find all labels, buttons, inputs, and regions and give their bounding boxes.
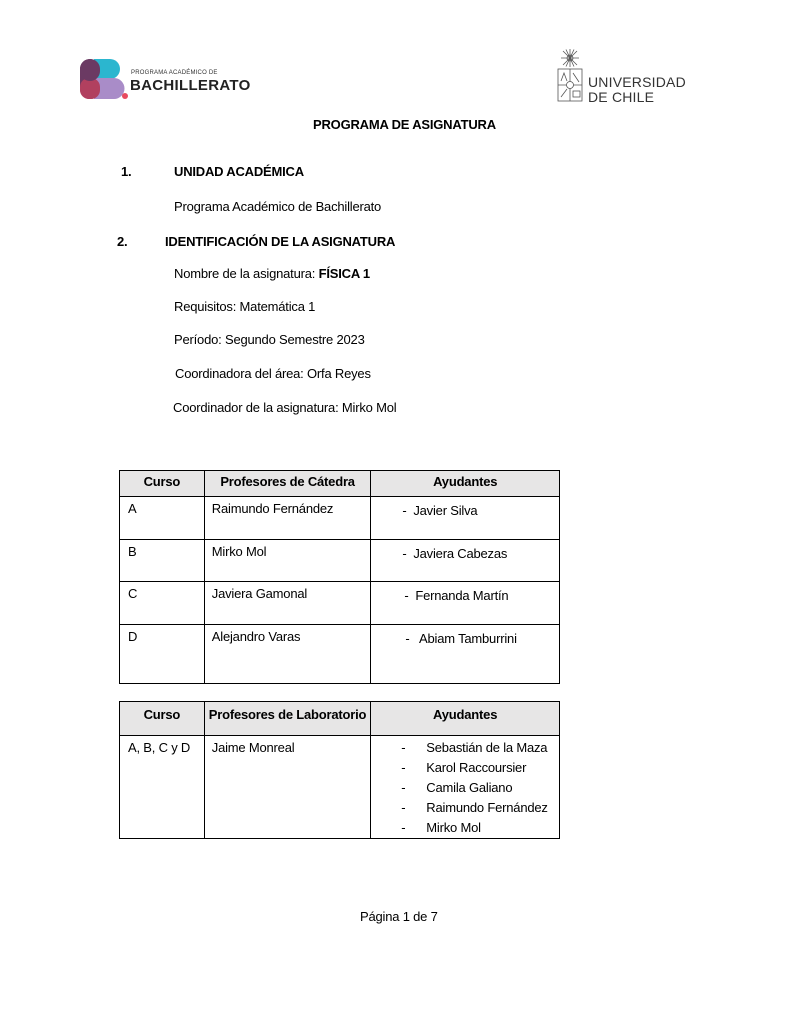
laboratorio-table: Curso Profesores de Laboratorio Ayudante… bbox=[119, 701, 560, 839]
cell-ayudantes: - Javiera Cabezas bbox=[371, 540, 560, 582]
field-periodo: Período: Segundo Semestre 2023 bbox=[174, 332, 365, 348]
cell-profesor: Javiera Gamonal bbox=[204, 582, 371, 625]
header-ayudantes: Ayudantes bbox=[371, 471, 560, 497]
catedra-table: Curso Profesores de Cátedra Ayudantes A … bbox=[119, 470, 560, 684]
field-value: FÍSICA 1 bbox=[319, 266, 370, 281]
cell-profesor: Mirko Mol bbox=[204, 540, 371, 582]
cell-ayudantes: - Javier Silva bbox=[371, 497, 560, 540]
section2-heading: IDENTIFICACIÓN DE LA ASIGNATURA bbox=[165, 234, 395, 250]
page-title: PROGRAMA DE ASIGNATURA bbox=[313, 117, 496, 133]
cell-ayudantes: -Sebastián de la Maza -Karol Raccoursier… bbox=[371, 736, 560, 839]
field-requisitos: Requisitos: Matemática 1 bbox=[174, 299, 315, 315]
field-value: Segundo Semestre 2023 bbox=[225, 332, 365, 347]
cell-ayudantes: - Abiam Tamburrini bbox=[371, 625, 560, 684]
bachillerato-logo: PROGRAMA ACADÉMICO DE BACHILLERATO bbox=[80, 59, 250, 103]
ayudante: Abiam Tamburrini bbox=[419, 631, 517, 646]
ayudante-item: -Raimundo Fernández bbox=[401, 798, 559, 818]
field-coordinadora: Coordinadora del área: Orfa Reyes bbox=[175, 366, 371, 382]
cell-profesor: Jaime Monreal bbox=[204, 736, 371, 839]
table-row: B Mirko Mol - Javiera Cabezas bbox=[120, 540, 560, 582]
ayudante: Javiera Cabezas bbox=[413, 546, 507, 561]
cell-curso: B bbox=[120, 540, 205, 582]
logo-big-text: BACHILLERATO bbox=[130, 77, 251, 94]
table-header-row: Curso Profesores de Laboratorio Ayudante… bbox=[120, 702, 560, 736]
field-label: Coordinador de la asignatura: bbox=[173, 400, 342, 415]
header-ayudantes: Ayudantes bbox=[371, 702, 560, 736]
cell-curso: A bbox=[120, 497, 205, 540]
table-row: A Raimundo Fernández - Javier Silva bbox=[120, 497, 560, 540]
ayudante-item: -Mirko Mol bbox=[401, 818, 559, 838]
table-row: D Alejandro Varas - Abiam Tamburrini bbox=[120, 625, 560, 684]
field-value: Mirko Mol bbox=[342, 400, 397, 415]
field-value: Matemática 1 bbox=[240, 299, 316, 314]
section1-number: 1. bbox=[121, 164, 131, 180]
field-nombre: Nombre de la asignatura: FÍSICA 1 bbox=[174, 266, 370, 282]
table-row: A, B, C y D Jaime Monreal -Sebastián de … bbox=[120, 736, 560, 839]
page-number: Página 1 de 7 bbox=[360, 909, 438, 925]
ayudante: Javier Silva bbox=[413, 503, 477, 518]
cell-profesor: Raimundo Fernández bbox=[204, 497, 371, 540]
logo-line1: UNIVERSIDAD bbox=[588, 74, 686, 90]
ayudante-item: -Camila Galiano bbox=[401, 778, 559, 798]
bachillerato-b-logo-icon bbox=[80, 59, 128, 99]
table-row: C Javiera Gamonal - Fernanda Martín bbox=[120, 582, 560, 625]
cell-curso: C bbox=[120, 582, 205, 625]
field-label: Nombre de la asignatura: bbox=[174, 266, 319, 281]
ayudante-item: -Sebastián de la Maza bbox=[401, 738, 559, 758]
section2-number: 2. bbox=[117, 234, 127, 250]
universidad-de-chile-crest-icon bbox=[557, 47, 583, 103]
cell-ayudantes: - Fernanda Martín bbox=[371, 582, 560, 625]
header-curso: Curso bbox=[120, 702, 205, 736]
field-coordinador: Coordinador de la asignatura: Mirko Mol bbox=[173, 400, 396, 416]
field-label: Período: bbox=[174, 332, 225, 347]
table-header-row: Curso Profesores de Cátedra Ayudantes bbox=[120, 471, 560, 497]
ayudante-item: -Karol Raccoursier bbox=[401, 758, 559, 778]
ayudante: Fernanda Martín bbox=[415, 588, 508, 603]
field-label: Requisitos: bbox=[174, 299, 240, 314]
logo-line2: DE CHILE bbox=[588, 89, 654, 105]
logo-small-text: PROGRAMA ACADÉMICO DE bbox=[131, 70, 218, 76]
section1-body: Programa Académico de Bachillerato bbox=[174, 199, 381, 215]
header-profesores: Profesores de Cátedra bbox=[204, 471, 371, 497]
field-label: Coordinadora del área: bbox=[175, 366, 307, 381]
cell-curso: D bbox=[120, 625, 205, 684]
header-curso: Curso bbox=[120, 471, 205, 497]
field-value: Orfa Reyes bbox=[307, 366, 371, 381]
universidad-de-chile-logo: UNIVERSIDAD DE CHILE bbox=[557, 47, 697, 105]
cell-profesor: Alejandro Varas bbox=[204, 625, 371, 684]
cell-curso: A, B, C y D bbox=[120, 736, 205, 839]
section1-heading: UNIDAD ACADÉMICA bbox=[174, 164, 304, 180]
header-profesores: Profesores de Laboratorio bbox=[204, 702, 371, 736]
